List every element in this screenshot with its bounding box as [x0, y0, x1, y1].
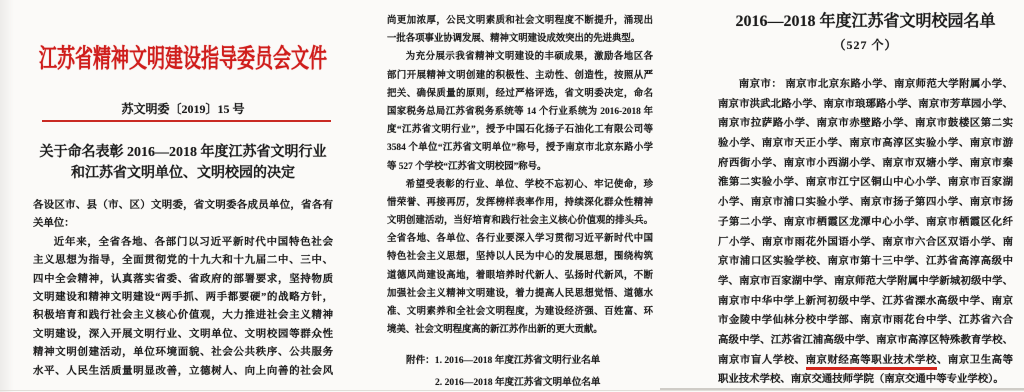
text-line: 为充分展示我省精神文明建设的丰硕成果，激励各地区各 [387, 48, 653, 66]
text-line: 部门开展精神文明创建的积极性、主动性、创造性，按照从严 [387, 67, 653, 85]
text-line: 南京市： 南京市北京东路小学、南京师范大学附属小学、 [718, 75, 1013, 95]
text-line: 文明创建活动，当好培育和践行社会主义核心价值观的排头兵。 [387, 212, 653, 230]
list-title: 2016—2018 年度江苏省文明校园名单 [718, 8, 1013, 31]
text-line: 一批各项事业协调发展、精神文明建设成效突出的先进典型。 [387, 30, 653, 48]
text-line: 国家税务总局江苏省税务系统等 14 个行业系统为 2016-2018 年 [387, 103, 653, 121]
text-line: 小学、南京市浦口实验小学、南京市扬子第四小学、南京市扬 [718, 193, 1013, 213]
text-line: 特色社会主义思想，坚持以人民为中心的发展思想，围绕构筑 [387, 248, 653, 266]
attachment-list-item-2: 2. 2016—2018 年度江苏省文明单位名单 [435, 374, 601, 388]
right-page-body: 南京市： 南京市北京东路小学、南京师范大学附属小学、 南京市洪武北路小学、南京市… [718, 75, 1013, 390]
page-left: 江苏省精神文明建设指导委员会文件 苏文明委〔2019〕15 号 关于命名表彰 2… [33, 0, 333, 392]
text-line-with-red-underline: 南京市盲人学校、南京财经高等职业技术学校、南京卫生高等 [718, 351, 1013, 371]
text-line: 文明建设和精神文明建设“两手抓、两手都要硬”的战略方针， [33, 289, 333, 307]
text-segment: 、南京卫生高等 [937, 355, 1013, 366]
page-bottom-edge-right [660, 388, 1024, 390]
text-line: 南京市拉萨路小学、南京市赤壁路小学、南京市鼓楼区第二实 [718, 114, 1013, 134]
text-line: 水平、人民生活质量明显改善，立德树人、向上向善的社会风 [33, 363, 333, 381]
text-line: 度“江苏省文明行业”，授予中国石化扬子石油化工有限公司等 [387, 121, 653, 139]
text-line: 四中全会精神，认真落实省委、省政府的部署要求，坚持物质 [33, 271, 333, 289]
text-line: 文明建设，深入开展文明行业、文明单位、文明校园等群众性 [33, 326, 333, 344]
text-line: 近年来，全省各地、各部门以习近平新时代中国特色社会 [33, 234, 333, 252]
text-line: 3584 个单位“江苏省文明单位”称号，授予南京市北京东路小学 [387, 139, 653, 157]
document-title-line2: 和江苏省文明单位、文明校园的决定 [33, 163, 333, 184]
page-middle: 尚更加浓厚，公民文明素质和社会文明程度不断提升，涌现出 一批各项事业协调发展、精… [387, 0, 653, 392]
text-line: 等 527 个学校“江苏省文明校园”称号。 [387, 158, 653, 176]
left-page-body: 各设区市、县（市、区）文明委，省文明委各成员单位，省各有 关单位： 近年来，全省… [33, 197, 333, 381]
text-line: 高级中学、江苏省江浦高级中学、南京市高淳区特殊教育学校、 [718, 331, 1013, 351]
page-right: 2016—2018 年度江苏省文明校园名单 （527 个） 南京市： 南京市北京… [718, 0, 1013, 392]
text-line: 境美、社会文明程度高的新江苏作出新的更大贡献。 [387, 321, 653, 339]
text-line: 市金陵中学仙林分校中学部、南京市雨花台中学、江苏省六合 [718, 311, 1013, 331]
text-line: 厂小学、南京市雨花外国语小学、南京市六合区双语小学、南 [718, 233, 1013, 253]
attachment-list-item-1: 附件：1. 2016—2018 年度江苏省文明行业名单 [406, 352, 600, 366]
text-line: 关单位： [33, 215, 333, 233]
document-number: 苏文明委〔2019〕15 号 [33, 100, 333, 117]
text-line: 子第二小学、南京市栖霞区龙潭中心小学、南京市栖霞区化纤 [718, 213, 1013, 233]
page-bottom-edge [0, 390, 1024, 391]
text-line: 验小学、南京市天正小学、南京市高淳区实验小学、南京市游 [718, 134, 1013, 154]
red-divider-line [42, 120, 331, 122]
text-line: 南京市洪武北路小学、南京市琅琊路小学、南京市芳草园小学、 [718, 95, 1013, 115]
text-line: 加强社会主义精神文明建设，着力提高人民思想觉悟、道德水 [387, 285, 653, 303]
text-line: 精神文明创建活动，单位环境面貌、社会公共秩序、公共服务 [33, 344, 333, 362]
letterhead: 江苏省精神文明建设指导委员会文件 [33, 44, 333, 70]
text-line: 道德风尚建设高地，着眼培养时代新人、弘扬时代新风，不断 [387, 267, 653, 285]
text-line: 准、文明素养和全社会文明程度，为建设经济强、百姓富、环 [387, 303, 653, 321]
red-underlined-school-name: 南京财经高等职业技术学校 [806, 355, 937, 370]
scanned-document: 江苏省精神文明建设指导委员会文件 苏文明委〔2019〕15 号 关于命名表彰 2… [0, 0, 1024, 392]
text-line: 南京市中华中学上新河初级中学、江苏省溧水高级中学、南京 [718, 292, 1013, 312]
text-line: 积极培育和践行社会主义核心价值观，大力推进社会主义精神 [33, 307, 333, 325]
text-line: 京市浦口区实验学校、南京市第十三中学、江苏省高淳高级中 [718, 252, 1013, 272]
document-title: 关于命名表彰 2016—2018 年度江苏省文明行业 和江苏省文明单位、文明校园… [33, 142, 333, 184]
text-line: 各设区市、县（市、区）文明委，省文明委各成员单位，省各有 [33, 197, 333, 215]
text-line: 全省各地、各单位、各行业要深入学习贯彻习近平新时代中国 [387, 230, 653, 248]
text-segment: 南京市盲人学校、 [718, 355, 806, 366]
text-line: 府西街小学、南京市小西湖小学、南京市双塘小学、南京市秦 [718, 154, 1013, 174]
text-line: 希望受表彰的行业、单位、学校不忘初心、牢记使命，珍 [387, 176, 653, 194]
text-line: 把关、确保质量的原则，经过严格评选，省文明委决定，命名 [387, 85, 653, 103]
text-line: 主义思想为指导，全面贯彻党的十九大和十九届二中、三中、 [33, 252, 333, 270]
text-line: 惜荣誉、再接再厉，发挥榜样表率作用，持续深化群众性精神 [387, 194, 653, 212]
letterhead-red-title: 江苏省精神文明建设指导委员会文件 [33, 39, 333, 76]
list-count: （527 个） [718, 36, 1013, 53]
document-title-line1: 关于命名表彰 2016—2018 年度江苏省文明行业 [33, 142, 333, 163]
text-line: 学、南京市百家湖中学、南京师范大学附属中学新城初级中学、 [718, 272, 1013, 292]
text-line: 尚更加浓厚，公民文明素质和社会文明程度不断提升，涌现出 [387, 12, 653, 30]
middle-page-body: 尚更加浓厚，公民文明素质和社会文明程度不断提升，涌现出 一批各项事业协调发展、精… [387, 12, 653, 339]
text-line: 淮第二实验小学、南京市江宁区铜山中心小学、南京市百家湖 [718, 173, 1013, 193]
